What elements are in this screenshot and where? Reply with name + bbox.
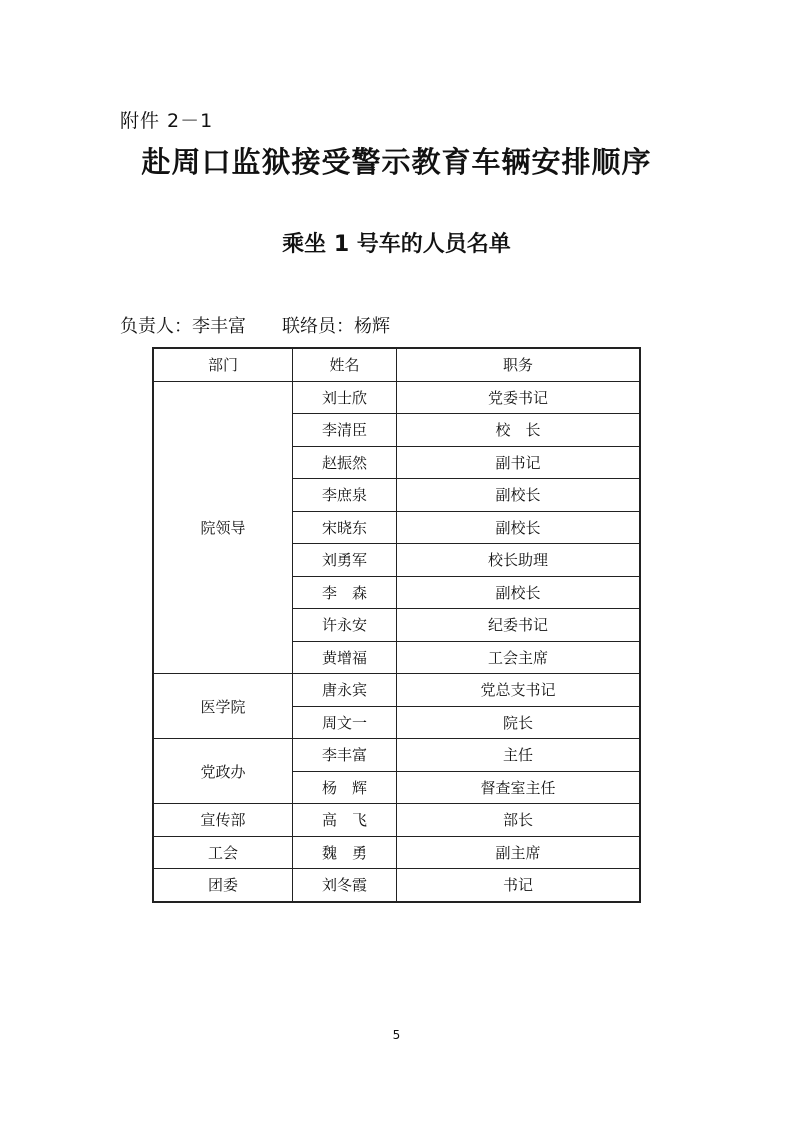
position-cell: 院长 (397, 706, 641, 739)
name-cell: 赵振然 (293, 446, 397, 479)
table-row: 工会魏 勇副主席 (153, 836, 640, 869)
position-cell: 副校长 (397, 479, 641, 512)
page-subtitle: 乘坐 1 号车的人员名单 (0, 227, 793, 258)
name-cell: 魏 勇 (293, 836, 397, 869)
department-cell: 宣传部 (153, 804, 293, 837)
page-title: 赴周口监狱接受警示教育车辆安排顺序 (0, 140, 793, 181)
department-cell: 工会 (153, 836, 293, 869)
table-row: 院领导刘士欣党委书记 (153, 381, 640, 414)
department-cell: 医学院 (153, 674, 293, 739)
department-cell: 团委 (153, 869, 293, 902)
table-row: 团委刘冬霞书记 (153, 869, 640, 902)
position-cell: 党总支书记 (397, 674, 641, 707)
position-cell: 部长 (397, 804, 641, 837)
position-cell: 副校长 (397, 576, 641, 609)
table-body: 院领导刘士欣党委书记李清臣校 长赵振然副书记李庶泉副校长宋晓东副校长刘勇军校长助… (153, 381, 640, 902)
header-name: 姓名 (293, 348, 397, 381)
name-cell: 杨 辉 (293, 771, 397, 804)
position-cell: 副主席 (397, 836, 641, 869)
liaison-name: 杨辉 (354, 312, 390, 338)
table-row: 宣传部高 飞部长 (153, 804, 640, 837)
name-cell: 周文一 (293, 706, 397, 739)
contacts-line: 负责人：李丰富联络员：杨辉 (120, 312, 390, 338)
name-cell: 黄增福 (293, 641, 397, 674)
position-cell: 校 长 (397, 414, 641, 447)
department-cell: 党政办 (153, 739, 293, 804)
leader-label: 负责人： (120, 312, 192, 338)
position-cell: 党委书记 (397, 381, 641, 414)
position-cell: 书记 (397, 869, 641, 902)
name-cell: 唐永宾 (293, 674, 397, 707)
name-cell: 刘勇军 (293, 544, 397, 577)
attachment-label: 附件 2－1 (120, 106, 213, 133)
name-cell: 李 森 (293, 576, 397, 609)
header-position: 职务 (397, 348, 641, 381)
name-cell: 李丰富 (293, 739, 397, 772)
position-cell: 主任 (397, 739, 641, 772)
name-cell: 刘冬霞 (293, 869, 397, 902)
name-cell: 李清臣 (293, 414, 397, 447)
table-row: 医学院唐永宾党总支书记 (153, 674, 640, 707)
name-cell: 刘士欣 (293, 381, 397, 414)
department-cell: 院领导 (153, 381, 293, 674)
position-cell: 纪委书记 (397, 609, 641, 642)
header-department: 部门 (153, 348, 293, 381)
liaison-label: 联络员： (282, 312, 354, 338)
page-number: 5 (0, 1028, 793, 1042)
name-cell: 宋晓东 (293, 511, 397, 544)
position-cell: 副校长 (397, 511, 641, 544)
table-row: 党政办李丰富主任 (153, 739, 640, 772)
position-cell: 校长助理 (397, 544, 641, 577)
position-cell: 副书记 (397, 446, 641, 479)
leader-name: 李丰富 (192, 312, 246, 338)
roster-table: 部门 姓名 职务 院领导刘士欣党委书记李清臣校 长赵振然副书记李庶泉副校长宋晓东… (152, 347, 641, 903)
name-cell: 许永安 (293, 609, 397, 642)
table-header-row: 部门 姓名 职务 (153, 348, 640, 381)
name-cell: 李庶泉 (293, 479, 397, 512)
position-cell: 督查室主任 (397, 771, 641, 804)
name-cell: 高 飞 (293, 804, 397, 837)
position-cell: 工会主席 (397, 641, 641, 674)
